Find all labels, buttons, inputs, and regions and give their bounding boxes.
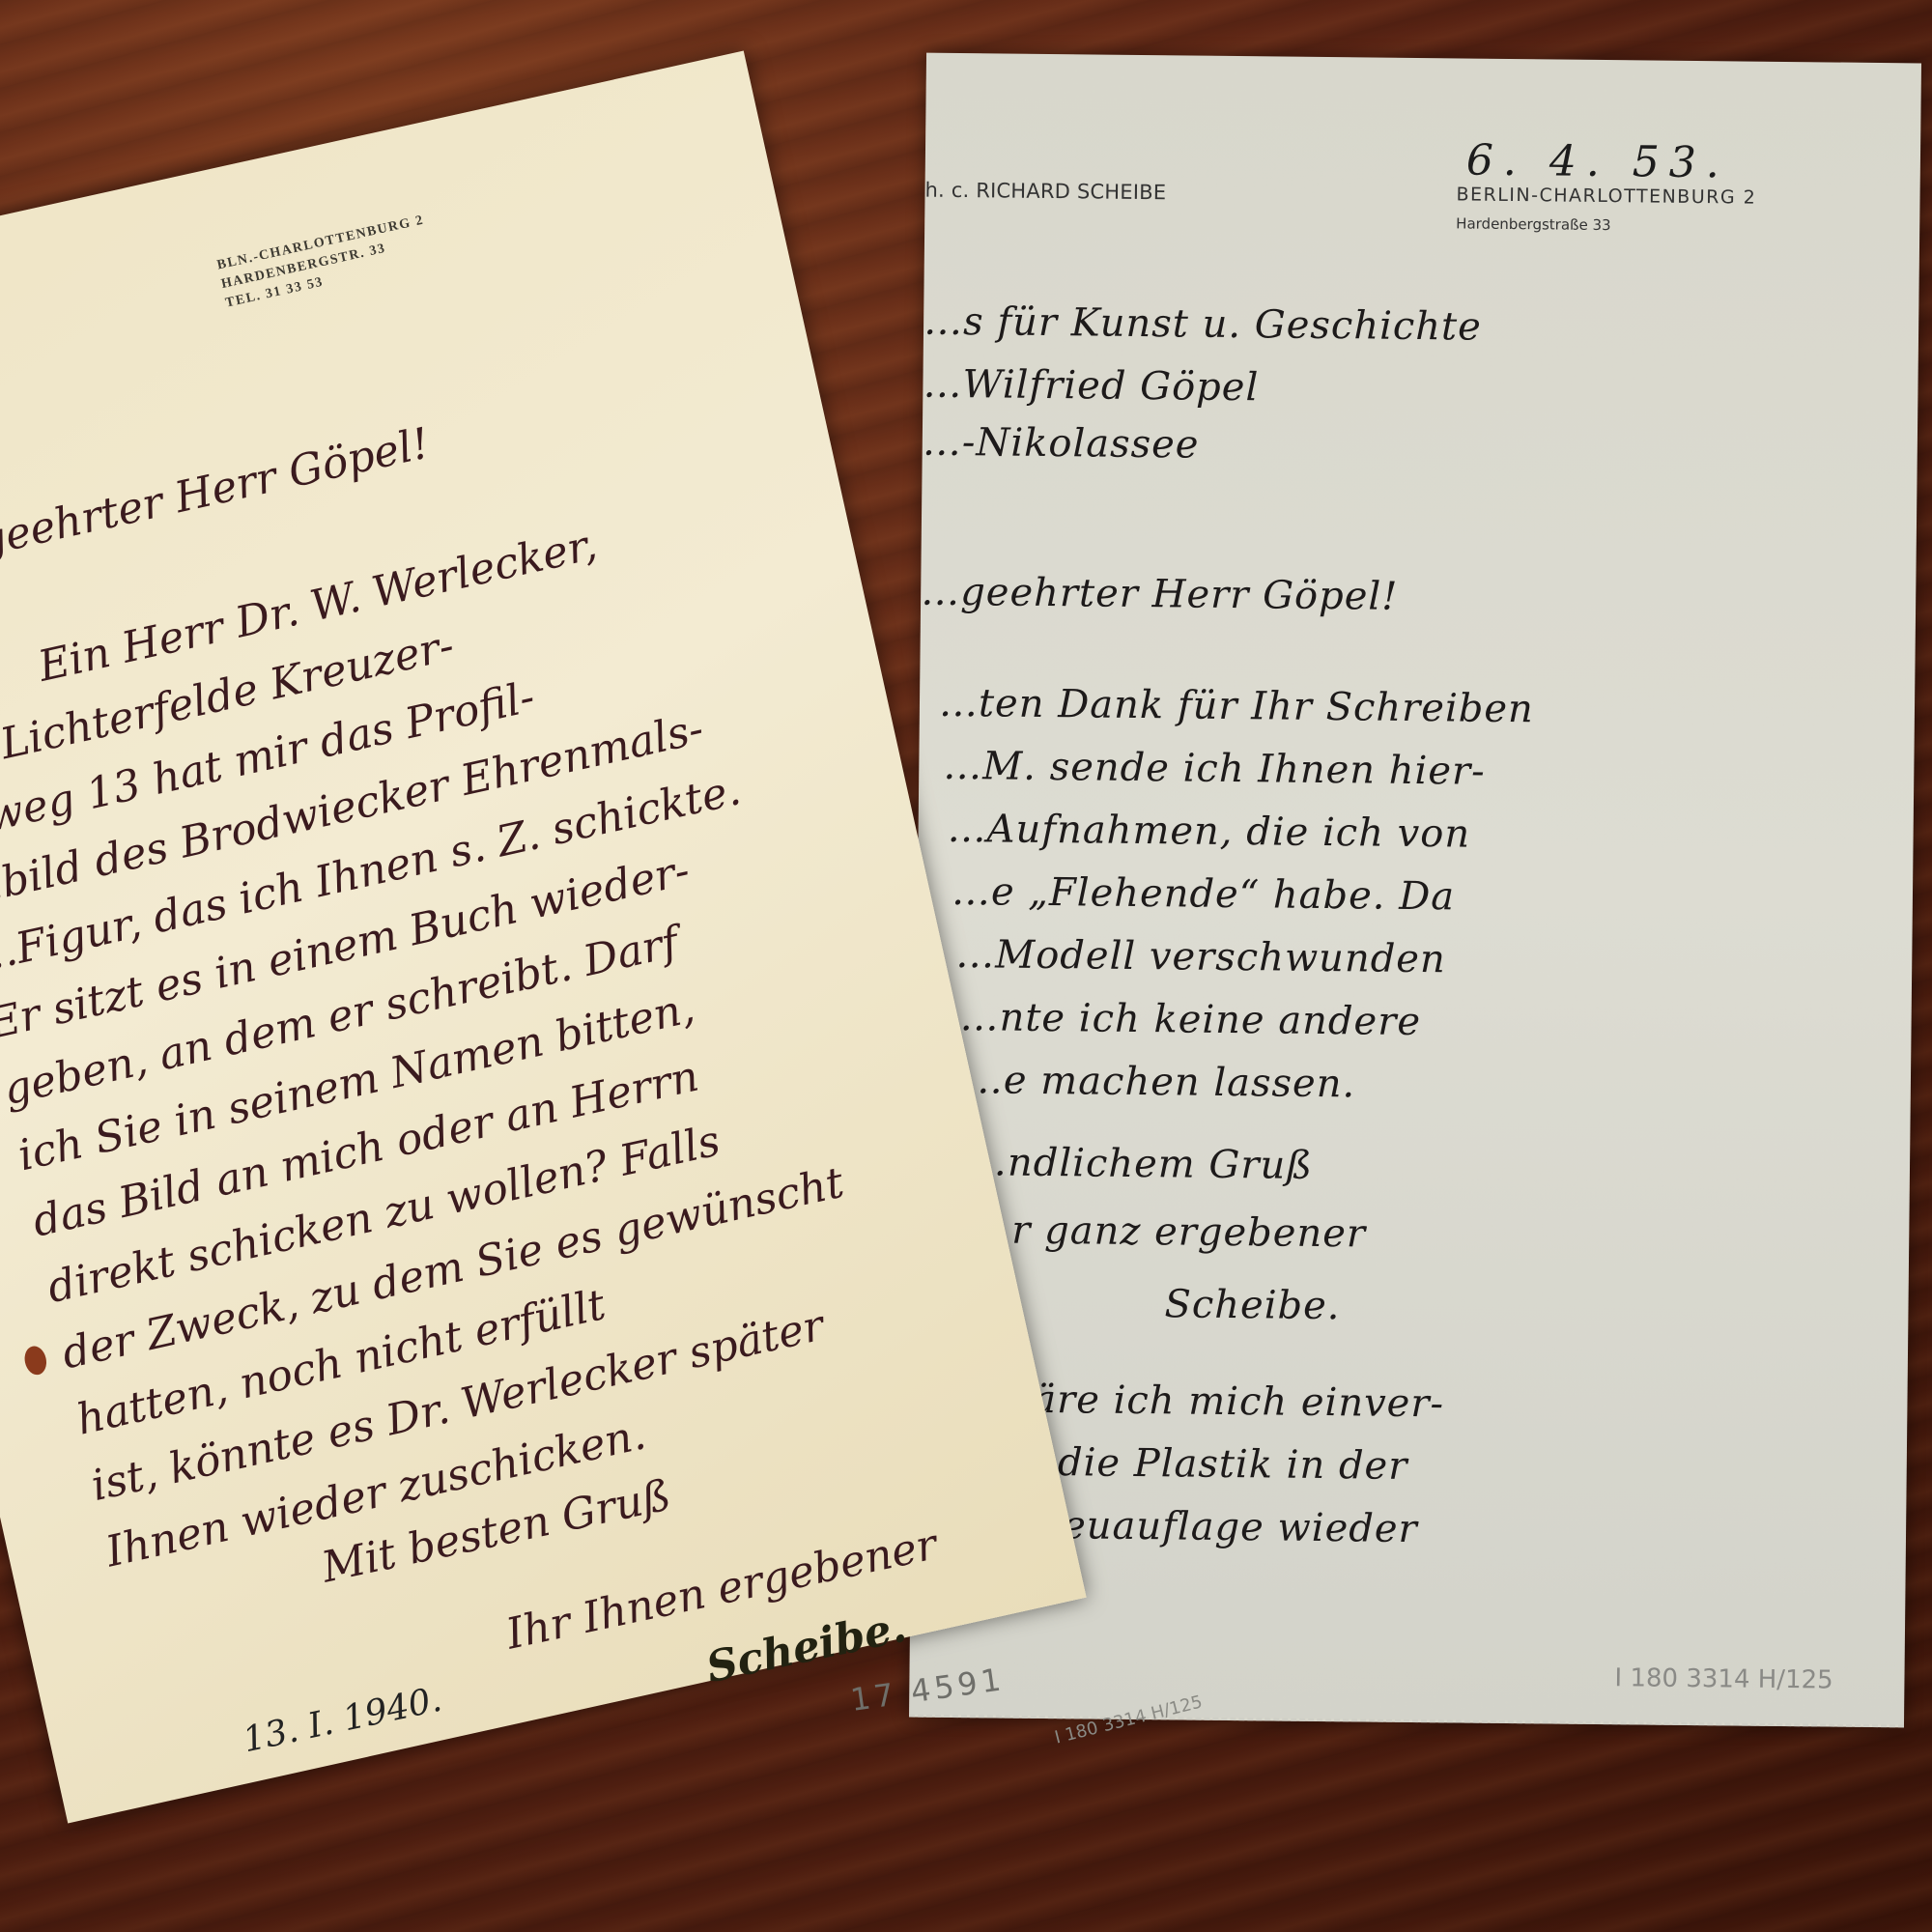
letter-1953: h. c. RICHARD SCHEIBE 6. 4. 53. BERLIN-C… — [909, 53, 1921, 1728]
recipient-line: …-Nikolassee — [923, 420, 1200, 468]
recipient-line: …s für Kunst u. Geschichte — [923, 299, 1482, 350]
postscript-line: …läre ich mich einver- — [980, 1377, 1444, 1426]
body-line: …M. sende ich Ihnen hier- — [943, 744, 1486, 794]
archive-mark: I 180 3314 H/125 — [1614, 1663, 1833, 1694]
body-line: …ten Dank für Ihr Schreiben — [939, 681, 1534, 731]
salutation: …geehrter Herr Göpel! — [921, 570, 1399, 619]
letterhead-name: h. c. RICHARD SCHEIBE — [924, 179, 1166, 205]
body-line: …r ganz ergebener — [972, 1207, 1366, 1256]
punch-hole — [22, 1344, 49, 1377]
body-line: …nte ich keine andere — [959, 995, 1421, 1044]
recipient-line: …Wilfried Göpel — [923, 362, 1259, 411]
body-line: …ndlichem Gruß — [968, 1140, 1313, 1188]
body-line: …Modell verschwunden — [955, 932, 1446, 981]
body-line: …Aufnahmen, die ich von — [947, 807, 1470, 857]
salutation: …hr geehrter Herr Göpel! — [0, 418, 434, 588]
letterhead-city: BERLIN-CHARLOTTENBURG 2 — [1456, 184, 1756, 208]
body-line: …e machen lassen. — [964, 1058, 1356, 1106]
letter-date: 6. 4. 53. — [1466, 136, 1729, 188]
letterhead-street: Hardenbergstraße 33 — [1456, 214, 1611, 234]
letterhead-address: BLN.-CHARLOTTENBURG 2 HARDENBERGSTR. 33 … — [215, 212, 435, 314]
body-line: …e „Flehende“ habe. Da — [952, 869, 1456, 919]
signature: Scheibe. — [1164, 1282, 1341, 1328]
